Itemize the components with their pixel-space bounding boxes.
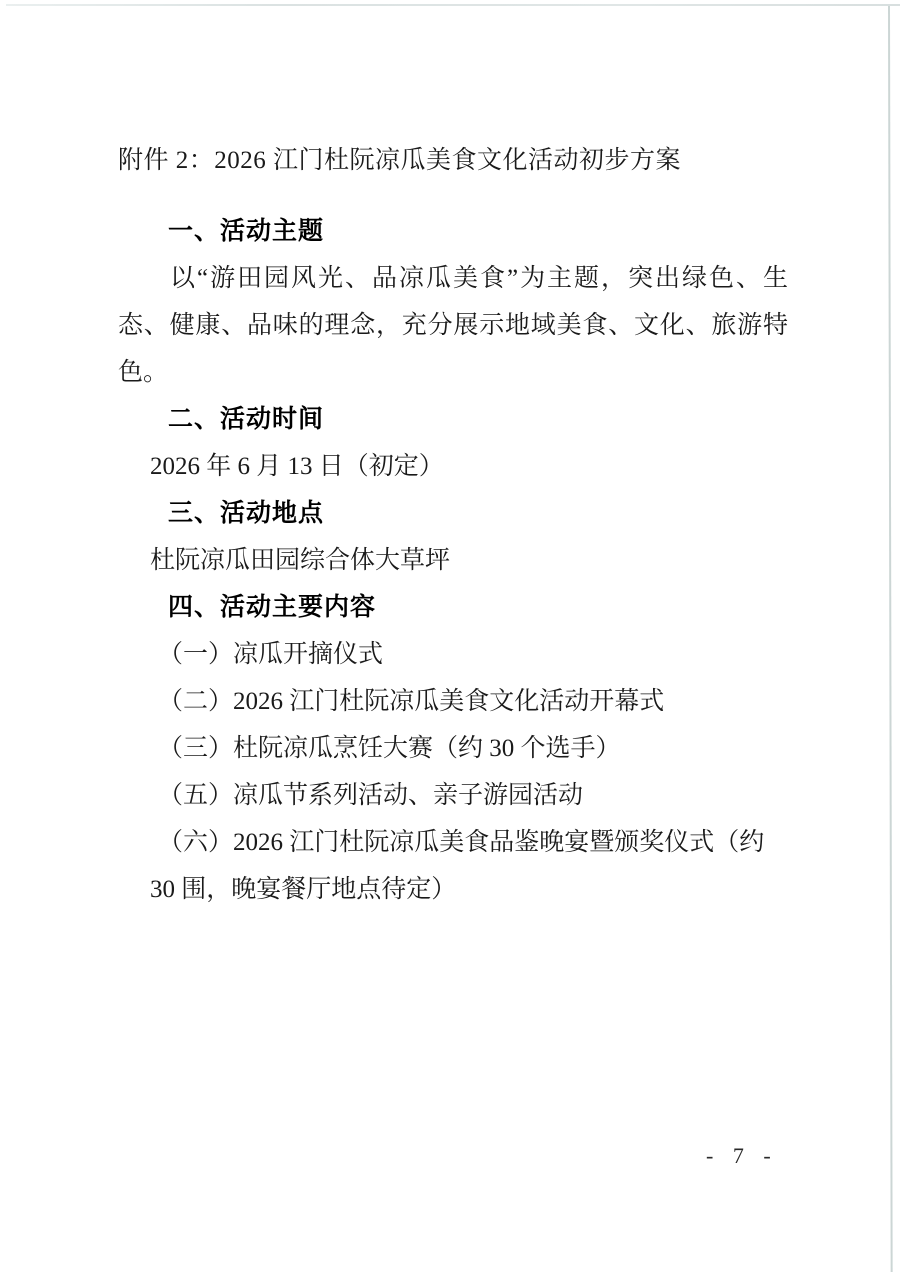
scan-edge-top-artifact (6, 4, 900, 6)
page-number: - 7 - (706, 1141, 776, 1171)
event-date-line: 2026 年 6 月 13 日（初定） (118, 443, 788, 490)
attachment-title: 附件 2：2026 江门杜阮凉瓜美食文化活动初步方案 (118, 137, 788, 184)
section-heading-2: 二、活动时间 (118, 396, 788, 443)
list-item-continuation: 30 围，晚宴餐厅地点待定） (118, 866, 788, 913)
scan-edge-right-artifact (888, 6, 893, 1272)
document-body: 附件 2：2026 江门杜阮凉瓜美食文化活动初步方案 一、活动主题 以“游田园风… (118, 137, 788, 913)
section-heading-3: 三、活动地点 (118, 490, 788, 537)
paragraph-line: 以“游田园风光、品凉瓜美食”为主题，突出绿色、生 (118, 255, 788, 302)
section-heading-1: 一、活动主题 (118, 208, 788, 255)
event-location-line: 杜阮凉瓜田园综合体大草坪 (118, 537, 788, 584)
list-item: （三）杜阮凉瓜烹饪大赛（约 30 个选手） (118, 725, 788, 772)
document-page: 附件 2：2026 江门杜阮凉瓜美食文化活动初步方案 一、活动主题 以“游田园风… (0, 0, 900, 1272)
section-heading-4: 四、活动主要内容 (118, 584, 788, 631)
list-item: （二）2026 江门杜阮凉瓜美食文化活动开幕式 (118, 678, 788, 725)
list-item: （一）凉瓜开摘仪式 (118, 631, 788, 678)
list-item: （五）凉瓜节系列活动、亲子游园活动 (118, 772, 788, 819)
paragraph-line: 态、健康、品味的理念，充分展示地域美食、文化、旅游特 (118, 302, 788, 349)
list-item: （六）2026 江门杜阮凉瓜美食品鉴晚宴暨颁奖仪式（约 (118, 819, 788, 866)
paragraph-line: 色。 (118, 349, 788, 396)
